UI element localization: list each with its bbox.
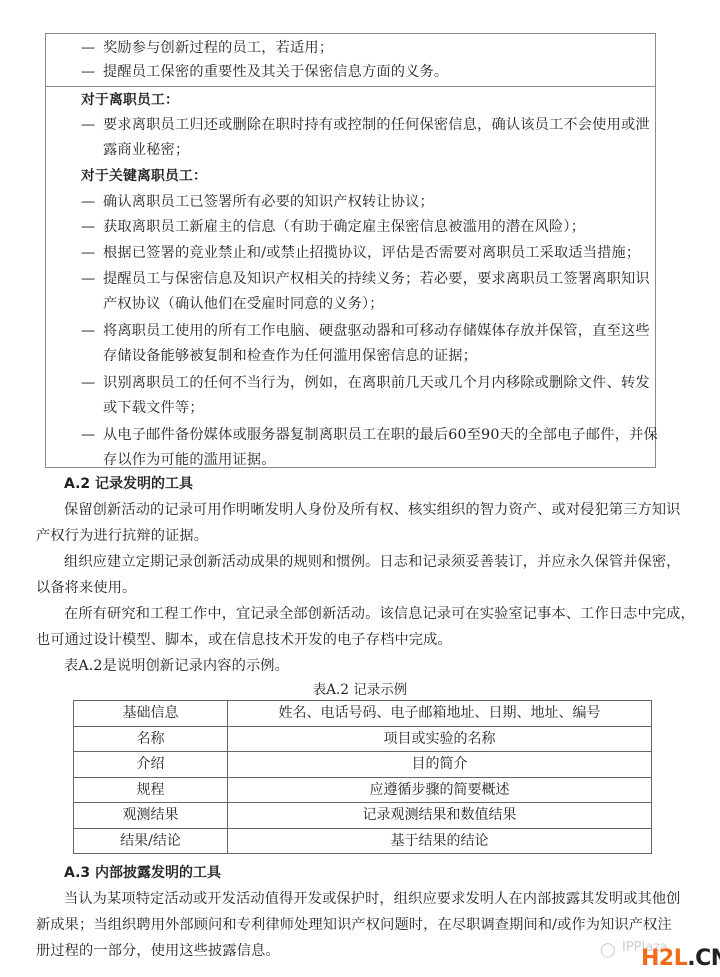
- dash-bullet: —: [81, 243, 95, 263]
- dash-bullet: —: [81, 192, 95, 212]
- departing-employees-heading: 对于离职员工：: [81, 90, 179, 110]
- table-cell-value: 记录观测结果和数值结果: [228, 803, 652, 829]
- record-example-table: 基础信息 姓名、电话号码、电子邮箱地址、日期、地址、编号 名称 项目或实验的名称…: [73, 700, 652, 854]
- list-item: — 从电子邮件备份媒体或服务器复制离职员工在职的最后60至90天的全部电子邮件，…: [81, 425, 658, 445]
- list-item-continuation: 存储设备能够被复制和检查作为任何滥用保密信息的证据；: [103, 346, 477, 366]
- list-item: — 确认离职员工已签署所有必要的知识产权转让协议；: [81, 192, 434, 212]
- table-caption: 表A.2 记录示例: [0, 680, 720, 700]
- table-cell-label: 名称: [74, 726, 228, 752]
- paragraph-line: 册过程的一部分，使用这些披露信息。: [36, 941, 280, 961]
- list-item: — 提醒员工与保密信息及知识产权相关的持续义务；若必要，要求离职员工签署离职知识: [81, 269, 650, 289]
- key-departing-employees-heading: 对于关键离职员工：: [81, 166, 207, 186]
- paragraph-line: 当认为某项特定活动或开发活动值得开发或保护时，组织应要求发明人在内部披露其发明或…: [64, 889, 681, 909]
- table-cell-value: 项目或实验的名称: [228, 726, 652, 752]
- list-item: — 识别离职员工的任何不当行为，例如，在离职前几天或几个月内移除或删除文件、转发: [81, 373, 650, 393]
- section-a3-heading: A.3 内部披露发明的工具: [64, 863, 221, 883]
- paragraph-line: 产权行为进行抗辩的证据。: [36, 526, 208, 546]
- wechat-icon: ◯: [600, 942, 616, 958]
- table-cell-label: 规程: [74, 777, 228, 803]
- h2l-logo: H2L.CN: [641, 946, 720, 971]
- list-item: — 根据已签署的竞业禁止和/或禁止招揽协议，评估是否需要对离职员工采取适当措施；: [81, 243, 640, 263]
- table-row: 观测结果 记录观测结果和数值结果: [74, 803, 652, 829]
- list-item: — 要求离职员工归还或删除在职时持有或控制的任何保密信息，确认该员工不会使用或泄: [81, 115, 650, 135]
- list-item: — 将离职员工使用的所有工作电脑、硬盘驱动器和可移动存储媒体存放并保管，直至这些: [81, 321, 650, 341]
- dash-bullet: —: [81, 217, 95, 237]
- dash-bullet: —: [81, 62, 95, 82]
- list-item: — 奖励参与创新过程的员工，若适用；: [81, 38, 333, 58]
- table-row: 名称 项目或实验的名称: [74, 726, 652, 752]
- table-row: 规程 应遵循步骤的简要概述: [74, 777, 652, 803]
- paragraph-line: 保留创新活动的记录可用作明晰发明人身份及所有权、核实组织的智力资产、或对侵犯第三…: [64, 500, 681, 520]
- document-page: — 奖励参与创新过程的员工，若适用； — 提醒员工保密的重要性及其关于保密信息方…: [0, 0, 720, 977]
- paragraph-line: 新成果；当组织聘用外部顾问和专利律师处理知识产权问题时，在尽职调查期间和/或作为…: [36, 915, 672, 935]
- paragraph-line: 以备将来使用。: [36, 578, 136, 598]
- table-cell-value: 姓名、电话号码、电子邮箱地址、日期、地址、编号: [228, 701, 652, 727]
- table-cell-label: 结果/结论: [74, 828, 228, 854]
- paragraph-line: 也可通过设计模型、脚本，或在信息技术开发的电子存档中完成。: [36, 630, 452, 650]
- list-item-continuation: 存以作为可能的滥用证据。: [103, 450, 276, 470]
- dash-bullet: —: [81, 38, 95, 58]
- watermark: ◯ IPPlaza H2L.CN: [600, 940, 720, 970]
- paragraph-line: 组织应建立定期记录创新活动成果的规则和惯例。日志和记录须妥善装订，并应永久保管并…: [64, 552, 681, 572]
- table-cell-label: 介绍: [74, 752, 228, 778]
- paragraph-line: 表A.2是说明创新记录内容的示例。: [64, 656, 289, 676]
- list-item: — 获取离职员工新雇主的信息（有助于确定雇主保密信息被滥用的潜在风险）；: [81, 217, 585, 237]
- paragraph-line: 在所有研究和工程工作中，宜记录全部创新活动。该信息记录可在实验室记事本、工作日志…: [64, 604, 695, 624]
- table-row: 结果/结论 基于结果的结论: [74, 828, 652, 854]
- dash-bullet: —: [81, 269, 95, 289]
- dash-bullet: —: [81, 373, 95, 393]
- box-separator: [46, 86, 655, 87]
- list-item-continuation: 露商业秘密；: [103, 140, 189, 160]
- list-item-continuation: 或下载文件等；: [103, 398, 204, 418]
- section-a2-heading: A.2 记录发明的工具: [64, 474, 193, 494]
- table-row: 基础信息 姓名、电话号码、电子邮箱地址、日期、地址、编号: [74, 701, 652, 727]
- dash-bullet: —: [81, 321, 95, 341]
- table-row: 介绍 目的简介: [74, 752, 652, 778]
- table-cell-label: 观测结果: [74, 803, 228, 829]
- list-item: — 提醒员工保密的重要性及其关于保密信息方面的义务。: [81, 62, 448, 82]
- dash-bullet: —: [81, 115, 95, 135]
- list-item-continuation: 产权协议（确认他们在受雇时同意的义务）；: [103, 294, 384, 314]
- table-cell-value: 基于结果的结论: [228, 828, 652, 854]
- dash-bullet: —: [81, 425, 95, 445]
- table-cell-value: 应遵循步骤的简要概述: [228, 777, 652, 803]
- table-cell-value: 目的简介: [228, 752, 652, 778]
- table-cell-label: 基础信息: [74, 701, 228, 727]
